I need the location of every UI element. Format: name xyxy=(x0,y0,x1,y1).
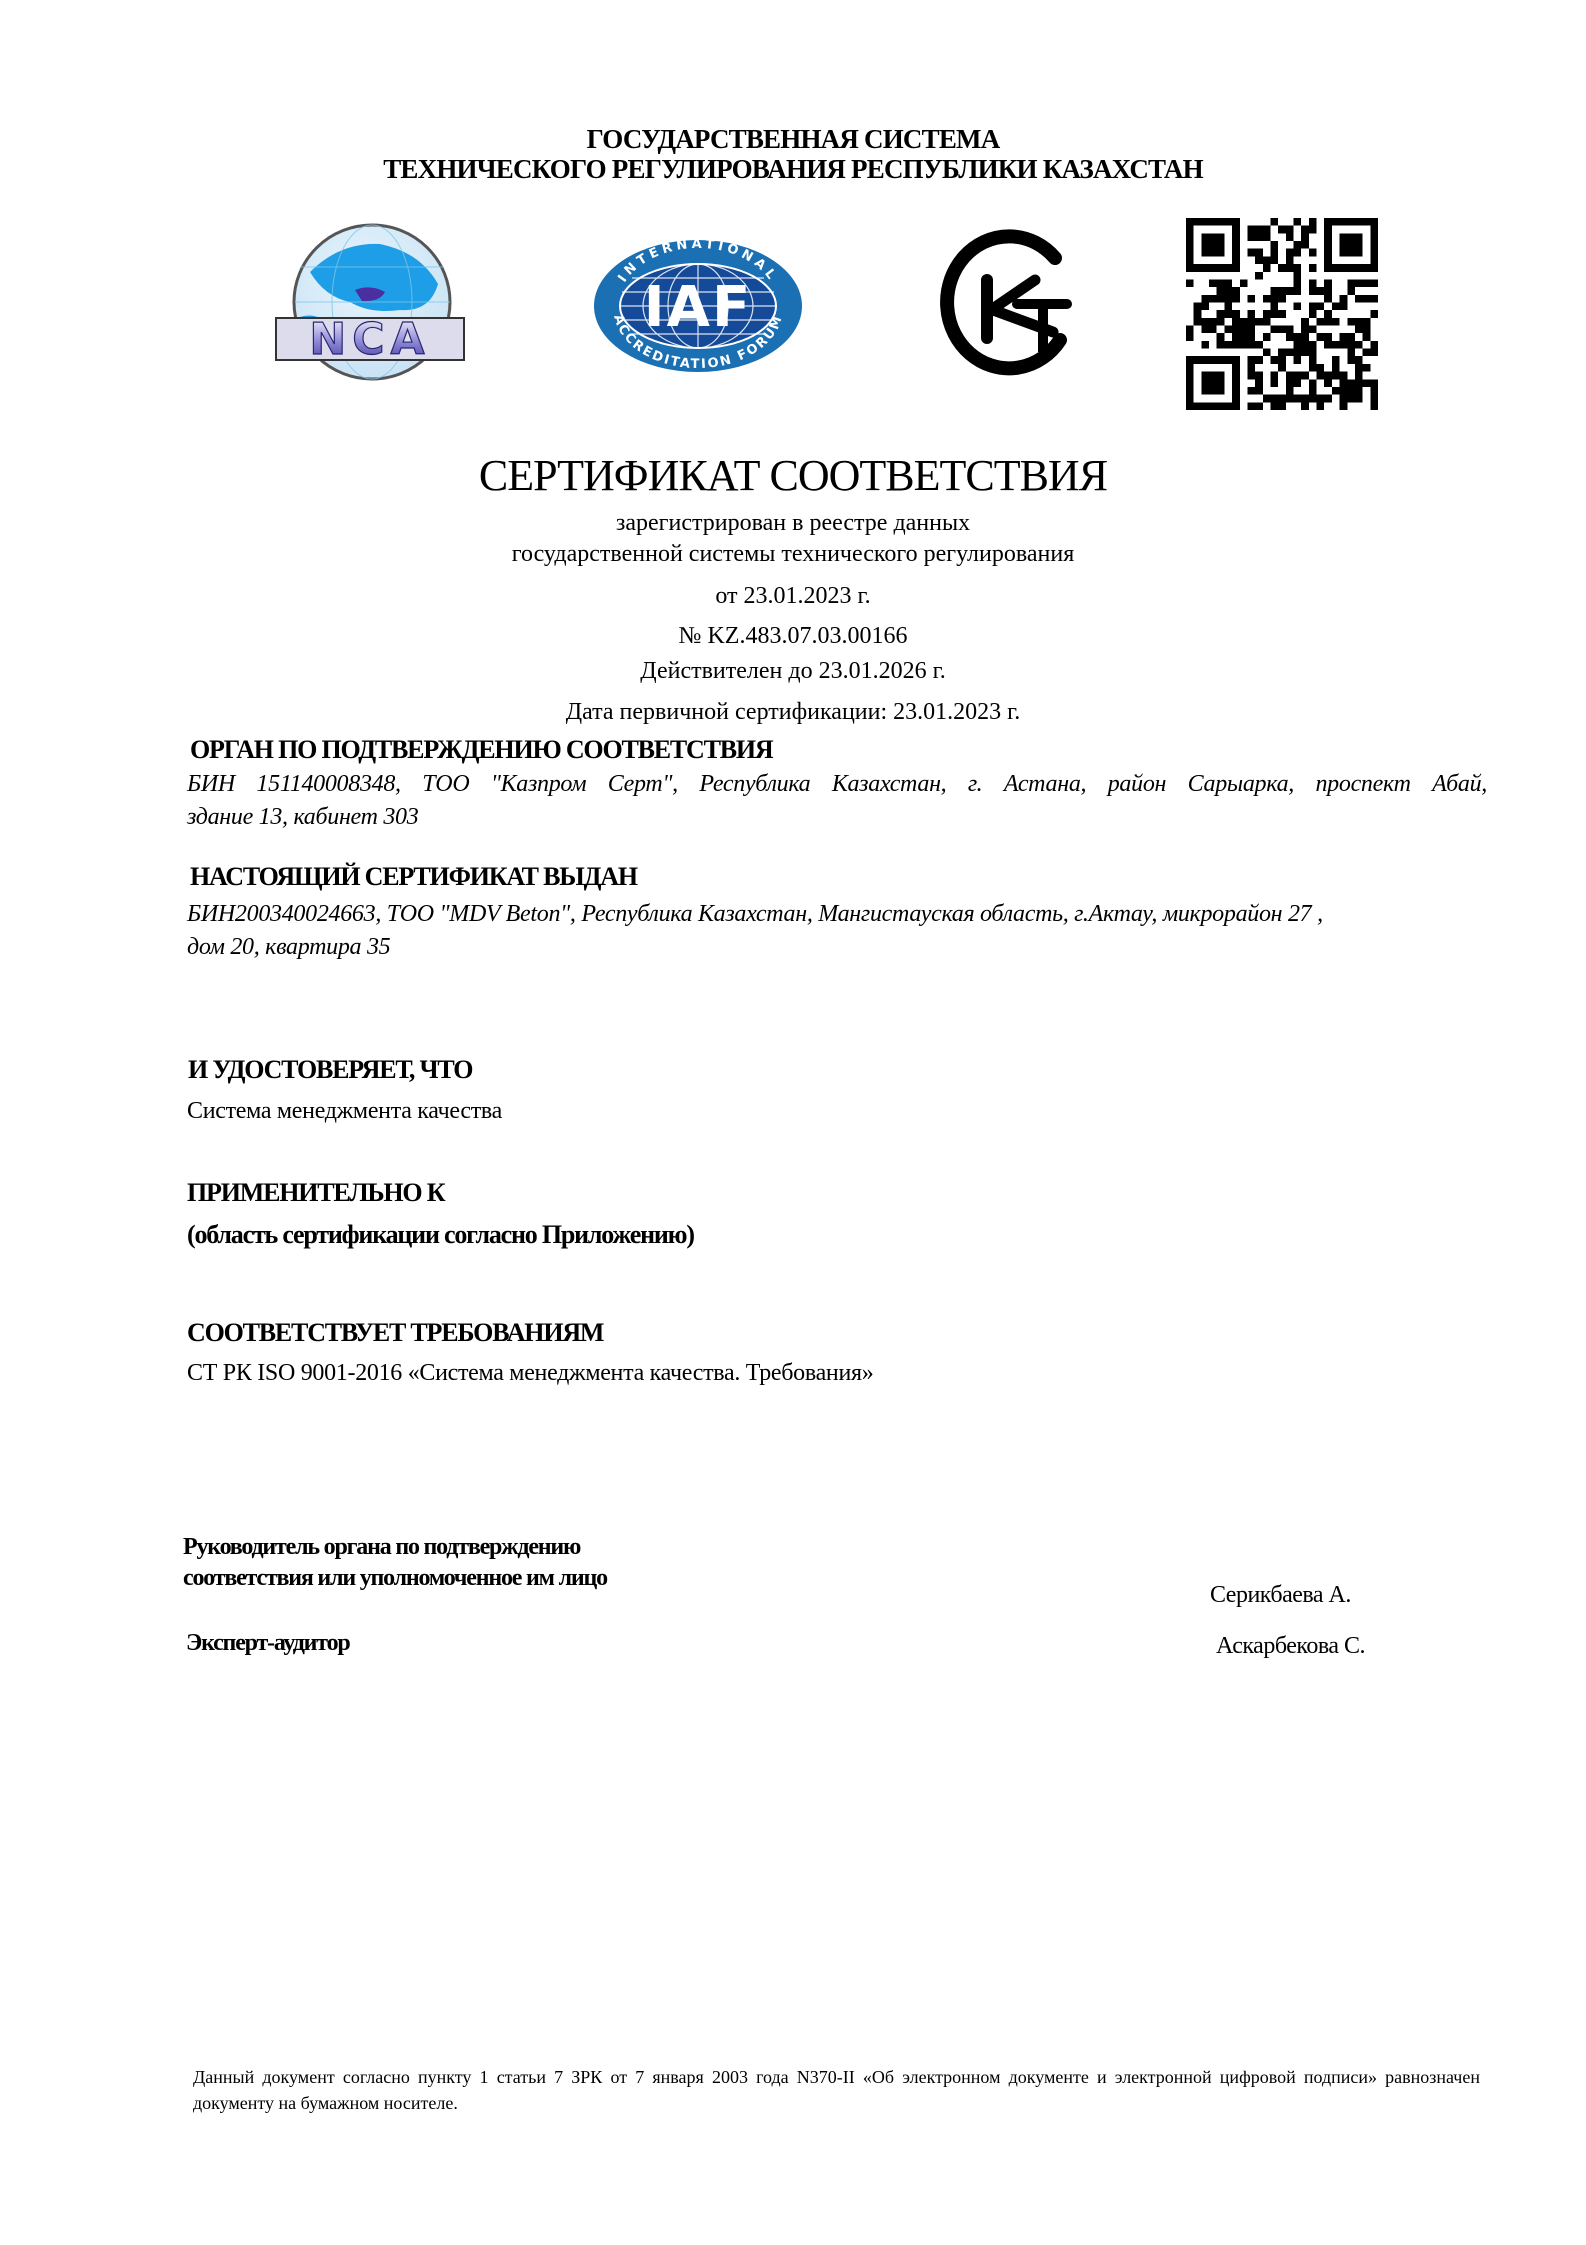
section-complies-heading: СООТВЕТСТВУЕТ ТРЕБОВАНИЯМ xyxy=(187,1318,603,1348)
head-signatory-label: Руководитель органа по подтверждению соо… xyxy=(183,1532,607,1594)
auditor-label: Эксперт-аудитор xyxy=(186,1628,350,1659)
section-applies-text: (область сертификации согласно Приложени… xyxy=(187,1220,694,1250)
section-certifies-text: Система менеджмента качества xyxy=(187,1098,502,1125)
valid-until: Действителен до 23.01.2026 г. xyxy=(0,657,1586,685)
certificate-number: № KZ.483.07.03.00166 xyxy=(0,622,1586,650)
section-body-text: БИН 151140008348, ТОО "Казпром Серт", Ре… xyxy=(187,768,1487,834)
section-body-line-2: здание 13, кабинет 303 xyxy=(187,801,1487,834)
auditor-name: Аскарбекова С. xyxy=(1216,1633,1365,1660)
section-body-heading: ОРГАН ПО ПОДТВЕРЖДЕНИЮ СООТВЕТСТВИЯ xyxy=(190,735,773,765)
section-issued-line-1: БИН200340024663, ТОО "MDV Beton", Респуб… xyxy=(187,898,1487,931)
section-complies-text: СТ РК ISO 9001-2016 «Система менеджмента… xyxy=(187,1360,873,1387)
initial-certification-date: Дата первичной сертификации: 23.01.2023 … xyxy=(0,698,1586,726)
section-body-line-1: БИН 151140008348, ТОО "Казпром Серт", Ре… xyxy=(187,768,1487,801)
certificate-title: СЕРТИФИКАТ СООТВЕТСТВИЯ xyxy=(0,450,1586,501)
svg-text:IAF: IAF xyxy=(644,275,752,340)
section-issued-line-2: дом 20, квартира 35 xyxy=(187,931,1487,964)
iaf-logo: IAF INTERNATIONAL ACCREDITATION FORUM xyxy=(592,238,804,374)
header-line-1: ГОСУДАРСТВЕННАЯ СИСТЕМА xyxy=(0,124,1586,154)
header-system: ГОСУДАРСТВЕННАЯ СИСТЕМА ТЕХНИЧЕСКОГО РЕГ… xyxy=(0,124,1586,184)
section-issued-heading: НАСТОЯЩИЙ СЕРТИФИКАТ ВЫДАН xyxy=(190,862,637,892)
registered-date: от 23.01.2023 г. xyxy=(0,582,1586,610)
head-signatory-label-line-1: Руководитель органа по подтверждению xyxy=(183,1532,607,1563)
head-signatory-name: Серикбаева А. xyxy=(1210,1582,1351,1609)
nca-globe-logo: NCA xyxy=(270,222,470,382)
kt-conformity-mark xyxy=(935,228,1080,378)
head-signatory-label-line-2: соответствия или уполномоченное им лицо xyxy=(183,1563,607,1594)
section-certifies-heading: И УДОСТОВЕРЯЕТ, ЧТО xyxy=(188,1055,472,1085)
registered-line-2: государственной системы технического рег… xyxy=(0,540,1586,568)
svg-text:NCA: NCA xyxy=(309,314,430,365)
qr-code xyxy=(1186,218,1378,410)
legal-footer-note: Данный документ согласно пункту 1 статьи… xyxy=(193,2064,1480,2116)
header-line-2: ТЕХНИЧЕСКОГО РЕГУЛИРОВАНИЯ РЕСПУБЛИКИ КА… xyxy=(0,154,1586,184)
registered-line-1: зарегистрирован в реестре данных xyxy=(0,509,1586,537)
section-applies-heading: ПРИМЕНИТЕЛЬНО К xyxy=(187,1178,444,1208)
section-issued-text: БИН200340024663, ТОО "MDV Beton", Респуб… xyxy=(187,898,1487,964)
